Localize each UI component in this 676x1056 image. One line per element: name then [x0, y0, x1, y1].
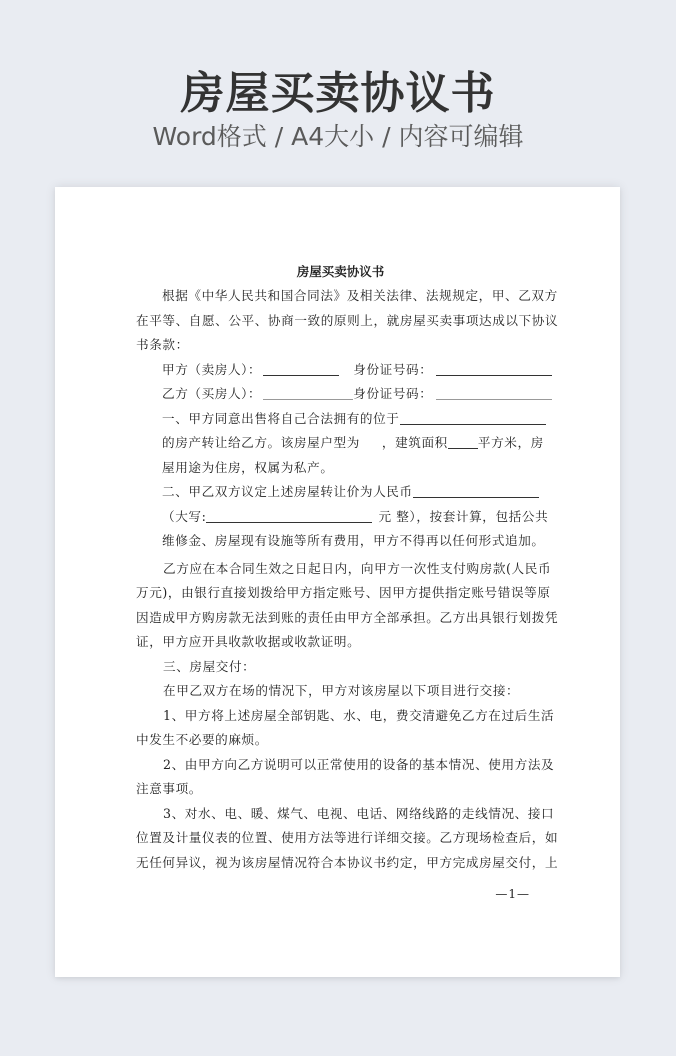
party-b-row: 乙方（买房人）：身份证号码：: [136, 382, 545, 407]
party-a-id-label: 身份证号码：: [353, 362, 432, 377]
clause3-item3-line: 3、对水、电、暖、煤气、电视、电话、网络线路的走线情况、接口: [136, 802, 545, 827]
property-location-field[interactable]: [400, 411, 546, 425]
clause3-item1-line: 1、甲方将上述房屋全部钥匙、水、电，费交清避免乙方在过后生活: [136, 704, 545, 729]
clause1-line: 的房产转让给乙方。该房屋户型为，建筑面积平方米，房: [136, 431, 545, 456]
clause1-line: 屋用途为住房，权属为私产。: [136, 456, 545, 481]
clause1-line: 一、甲方同意出售将自己合法拥有的位于: [136, 407, 545, 432]
clause2-text: 二、甲乙双方议定上述房屋转让价为人民币: [162, 484, 413, 499]
party-b-name-field[interactable]: [263, 386, 353, 400]
payment-line: 因造成甲方购房款无法到账的责任由甲方全部承担。乙方出具银行划拨凭: [136, 606, 545, 631]
clause2-text: （大写:: [162, 509, 206, 524]
clause1-text: 平方米，房: [478, 435, 544, 450]
clause1-text: 的房产转让给乙方。该房屋户型为: [162, 435, 360, 450]
clause2-line: （大写:元 整），按套计算，包括公共: [136, 505, 545, 530]
floor-area-field[interactable]: [448, 435, 478, 449]
clause3-item3-line: 位置及计量仪表的位置、使用方法等进行详细交接。乙方现场检查后，如: [136, 826, 545, 851]
clause2-line: 二、甲乙双方议定上述房屋转让价为人民币: [136, 480, 545, 505]
intro-line: 在平等、自愿、公平、协商一致的原则上，就房屋买卖事项达成以下协议: [136, 309, 545, 334]
clause1-text: ，建筑面积: [382, 435, 448, 450]
document-page: 房屋买卖协议书 根据《中华人民共和国合同法》及相关法律、法规规定，甲、乙双方 在…: [55, 187, 620, 977]
party-b-id-label: 身份证号码：: [353, 386, 432, 401]
intro-line: 书条款：: [136, 333, 545, 358]
clause3-item3-line: 无任何异议，视为该房屋情况符合本协议书约定，甲方完成房屋交付，上: [136, 851, 545, 876]
party-b-id-field[interactable]: [436, 386, 552, 400]
payment-line: 证，甲方应开具收款收据或收款证明。: [136, 630, 545, 655]
price-in-words-field[interactable]: [206, 509, 372, 523]
clause3-item2-line: 注意事项。: [136, 777, 545, 802]
price-field[interactable]: [413, 484, 539, 498]
document-body: 房屋买卖协议书 根据《中华人民共和国合同法》及相关法律、法规规定，甲、乙双方 在…: [136, 263, 545, 875]
party-a-row: 甲方（卖房人）：身份证号码：: [136, 358, 545, 383]
payment-line: 万元)，由银行直接划拨给甲方指定账号、因甲方提供指定账号错误等原: [136, 581, 545, 606]
party-b-label: 乙方（买房人）：: [162, 386, 261, 401]
party-a-id-field[interactable]: [436, 362, 552, 376]
clause3-item2-line: 2、由甲方向乙方说明可以正常使用的设备的基本情况、使用方法及: [136, 753, 545, 778]
clause3-item1-line: 中发生不必要的麻烦。: [136, 728, 545, 753]
clause2-text: 元 整），按套计算，包括公共: [378, 509, 548, 524]
intro-line: 根据《中华人民共和国合同法》及相关法律、法规规定，甲、乙双方: [136, 284, 545, 309]
page-number: —1—: [495, 887, 530, 901]
clause3-intro: 在甲乙双方在场的情况下，甲方对该房屋以下项目进行交接：: [136, 679, 545, 704]
document-title: 房屋买卖协议书: [136, 263, 545, 281]
payment-line: 乙方应在本合同生效之日起日内，向甲方一次性支付购房款(人民币: [136, 557, 545, 582]
clause3-heading: 三、房屋交付：: [136, 655, 545, 680]
hero-title: 房屋买卖协议书: [0, 66, 676, 122]
clause2-line: 维修金、房屋现有设施等所有费用，甲方不得再以任何形式追加。: [136, 529, 545, 554]
party-a-label: 甲方（卖房人）：: [162, 362, 261, 377]
clause1-text: 一、甲方同意出售将自己合法拥有的位于: [162, 411, 400, 426]
party-a-name-field[interactable]: [263, 362, 339, 376]
hero-subtitle: Word格式 / A4大小 / 内容可编辑: [0, 120, 676, 154]
